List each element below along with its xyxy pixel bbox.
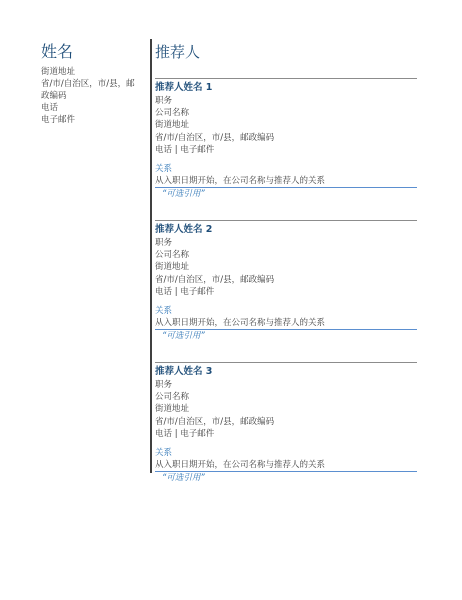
- relationship-text[interactable]: 从入职日期开始，在公司名称与推荐人的关系: [155, 175, 417, 188]
- reference-title[interactable]: 职务: [155, 237, 417, 249]
- relationship-label: 关系: [155, 305, 417, 317]
- optional-quote[interactable]: “可选引用”: [155, 188, 417, 212]
- relationship-label: 关系: [155, 163, 417, 175]
- reference-street[interactable]: 街道地址: [155, 119, 417, 131]
- street-address[interactable]: 街道地址: [41, 66, 141, 78]
- reference-phone-email[interactable]: 电话 | 电子邮件: [155, 144, 417, 156]
- reference-phone-email[interactable]: 电话 | 电子邮件: [155, 286, 417, 298]
- reference-company[interactable]: 公司名称: [155, 107, 417, 119]
- email[interactable]: 电子邮件: [41, 114, 141, 126]
- reference-street[interactable]: 街道地址: [155, 261, 417, 273]
- contact-panel: 姓名 街道地址 省/市/自治区，市/县，邮政编码 电话 电子邮件: [41, 42, 141, 126]
- references-panel: 推荐人 推荐人姓名 1 职务 公司名称 街道地址 省/市/自治区，市/县，邮政编…: [155, 42, 417, 496]
- reference-company[interactable]: 公司名称: [155, 391, 417, 403]
- reference-name[interactable]: 推荐人姓名 2: [155, 223, 417, 237]
- reference-city-state-zip[interactable]: 省/市/自治区，市/县，邮政编码: [155, 416, 417, 428]
- relationship-label: 关系: [155, 447, 417, 459]
- relationship-text[interactable]: 从入职日期开始，在公司名称与推荐人的关系: [155, 459, 417, 472]
- applicant-name[interactable]: 姓名: [41, 42, 141, 62]
- reference-name[interactable]: 推荐人姓名 1: [155, 81, 417, 95]
- optional-quote[interactable]: “可选引用”: [155, 330, 417, 354]
- reference-title[interactable]: 职务: [155, 379, 417, 391]
- reference-entry-3: 推荐人姓名 3 职务 公司名称 街道地址 省/市/自治区，市/县，邮政编码 电话…: [155, 362, 417, 496]
- reference-city-state-zip[interactable]: 省/市/自治区，市/县，邮政编码: [155, 132, 417, 144]
- reference-city-state-zip[interactable]: 省/市/自治区，市/县，邮政编码: [155, 274, 417, 286]
- reference-phone-email[interactable]: 电话 | 电子邮件: [155, 428, 417, 440]
- references-heading[interactable]: 推荐人: [155, 42, 417, 78]
- reference-name[interactable]: 推荐人姓名 3: [155, 365, 417, 379]
- reference-street[interactable]: 街道地址: [155, 403, 417, 415]
- reference-entry-1: 推荐人姓名 1 职务 公司名称 街道地址 省/市/自治区，市/县，邮政编码 电话…: [155, 78, 417, 212]
- phone[interactable]: 电话: [41, 102, 141, 114]
- reference-entry-2: 推荐人姓名 2 职务 公司名称 街道地址 省/市/自治区，市/县，邮政编码 电话…: [155, 220, 417, 354]
- reference-company[interactable]: 公司名称: [155, 249, 417, 261]
- optional-quote[interactable]: “可选引用”: [155, 472, 417, 496]
- vertical-divider: [150, 39, 152, 473]
- relationship-text[interactable]: 从入职日期开始，在公司名称与推荐人的关系: [155, 317, 417, 330]
- city-state-zip[interactable]: 省/市/自治区，市/县，邮政编码: [41, 78, 141, 102]
- reference-title[interactable]: 职务: [155, 95, 417, 107]
